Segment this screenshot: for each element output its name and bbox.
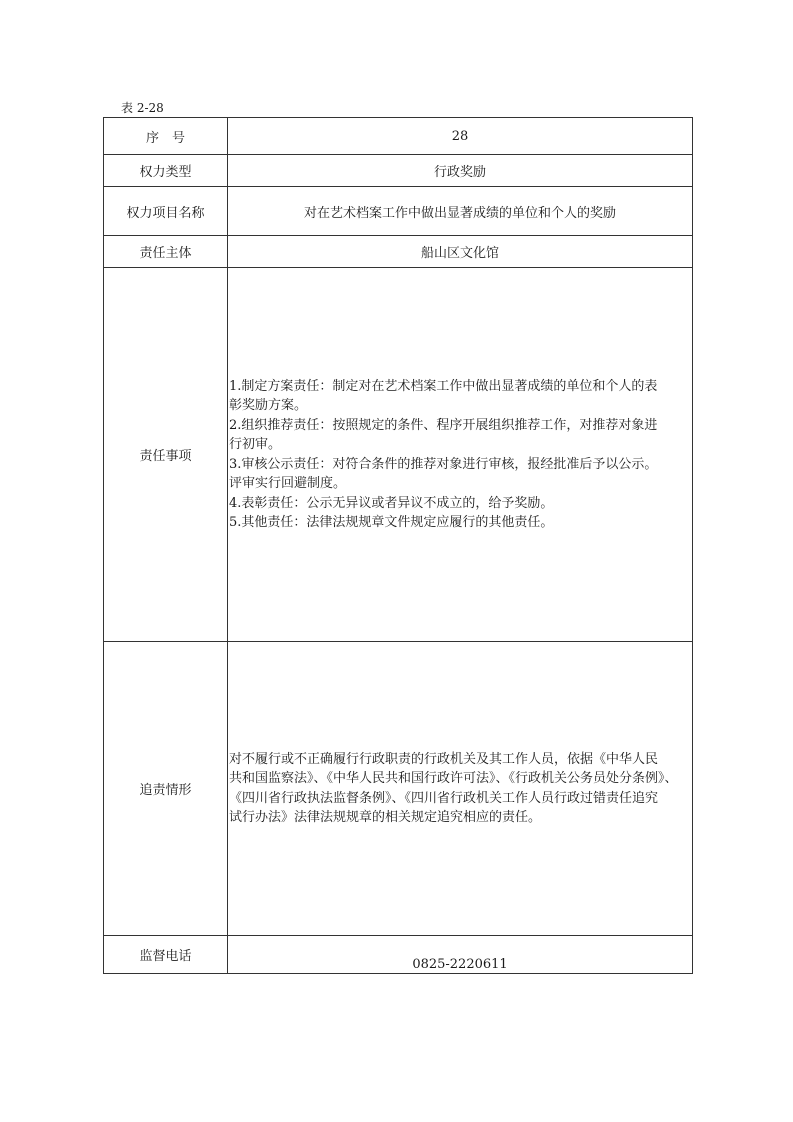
subject-label: 责任主体 — [104, 236, 228, 268]
serial-label: 序 号 — [104, 118, 228, 155]
accountability-line: 试行办法》法律法规规章的相关规定追究相应的责任。 — [229, 808, 690, 828]
duties-content: 1.制定方案责任：制定对在艺术档案工作中做出显著成绩的单位和个人的表 彰奖励方案… — [228, 268, 693, 642]
accountability-label: 追责情形 — [104, 642, 228, 936]
duties-line: 彰奖励方案。 — [229, 396, 690, 416]
table-row-duties: 责任事项 1.制定方案责任：制定对在艺术档案工作中做出显著成绩的单位和个人的表 … — [104, 268, 693, 642]
table-caption: 表 2-28 — [121, 99, 164, 116]
item-name-label: 权力项目名称 — [104, 187, 228, 236]
table-row-accountability: 追责情形 对不履行或不正确履行行政职责的行政机关及其工作人员，依据《中华人民 共… — [104, 642, 693, 936]
accountability-line: 对不履行或不正确履行行政职责的行政机关及其工作人员，依据《中华人民 — [229, 750, 690, 770]
table-row-item-name: 权力项目名称 对在艺术档案工作中做出显著成绩的单位和个人的奖励 — [104, 187, 693, 236]
duties-line: 1.制定方案责任：制定对在艺术档案工作中做出显著成绩的单位和个人的表 — [229, 377, 690, 397]
table-row-subject: 责任主体 船山区文化馆 — [104, 236, 693, 268]
duties-line: 行初审。 — [229, 435, 690, 455]
power-type-value: 行政奖励 — [228, 155, 693, 187]
accountability-line: 《四川省行政执法监督条例》、《四川省行政机关工作人员行政过错责任追究 — [229, 789, 690, 809]
accountability-content: 对不履行或不正确履行行政职责的行政机关及其工作人员，依据《中华人民 共和国监察法… — [228, 642, 693, 936]
power-type-label: 权力类型 — [104, 155, 228, 187]
phone-value: 0825-2220611 — [228, 936, 693, 974]
duties-line: 评审实行回避制度。 — [229, 474, 690, 494]
accountability-line: 共和国监察法》、《中华人民共和国行政许可法》、《行政机关公务员处分条例》、 — [229, 769, 690, 789]
phone-label: 监督电话 — [104, 936, 228, 974]
table-row-serial: 序 号 28 — [104, 118, 693, 155]
duties-line: 3.审核公示责任：对符合条件的推荐对象进行审核，报经批准后予以公示。 — [229, 455, 690, 475]
serial-value: 28 — [228, 118, 693, 155]
subject-value: 船山区文化馆 — [228, 236, 693, 268]
duties-line: 2.组织推荐责任：按照规定的条件、程序开展组织推荐工作，对推荐对象进 — [229, 416, 690, 436]
duties-label: 责任事项 — [104, 268, 228, 642]
power-responsibility-table: 序 号 28 权力类型 行政奖励 权力项目名称 对在艺术档案工作中做出显著成绩的… — [103, 117, 693, 974]
duties-line: 5.其他责任：法律法规规章文件规定应履行的其他责任。 — [229, 513, 690, 533]
duties-line: 4.表彰责任：公示无异议或者异议不成立的，给予奖励。 — [229, 494, 690, 514]
table-row-phone: 监督电话 0825-2220611 — [104, 936, 693, 974]
table-row-power-type: 权力类型 行政奖励 — [104, 155, 693, 187]
item-name-value: 对在艺术档案工作中做出显著成绩的单位和个人的奖励 — [228, 187, 693, 236]
